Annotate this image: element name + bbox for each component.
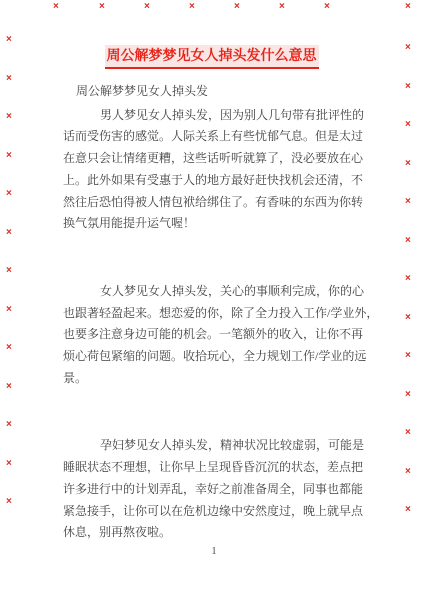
text-line: 烦心荷包紧缩的问题。收拾玩心，全力规划工作/学业的远 xyxy=(63,346,365,368)
watermark-x-icon: × xyxy=(6,343,12,353)
watermark-x-icon: × xyxy=(405,197,411,207)
watermark-x-icon: × xyxy=(6,305,12,315)
text-line: 孕妇梦见女人掉头发，精神状况比较虚弱，可能是 xyxy=(63,435,365,457)
watermark-x-icon: × xyxy=(405,236,411,246)
watermark-x-icon: × xyxy=(405,351,411,361)
watermark-x-icon: × xyxy=(6,112,12,122)
watermark-x-icon: × xyxy=(6,497,12,507)
watermark-x-icon: × xyxy=(405,313,411,323)
watermark-x-icon: × xyxy=(6,420,12,430)
watermark-x-icon: × xyxy=(144,2,150,12)
watermark-x-icon: × xyxy=(6,382,12,392)
text-line: 许多进行中的计划弄乱，幸好之前准备周全，同事也都能 xyxy=(63,479,365,501)
text-line: 也跟著轻盈起来。想恋爱的你，除了全力投入工作/学业外， xyxy=(63,303,365,325)
document-content: 周公解梦梦见女人掉头发 男人梦见女人掉头发，因为别人几句带有批评性的话而受伤害的… xyxy=(63,81,365,559)
paragraph: 男人梦见女人掉头发，因为别人几句带有批评性的话而受伤害的感觉。人际关系上有些忧郁… xyxy=(63,105,365,235)
watermark-x-icon: × xyxy=(6,459,12,469)
watermark-x-icon: × xyxy=(405,82,411,92)
watermark-x-icon: × xyxy=(99,2,105,12)
text-line: 男人梦见女人掉头发，因为别人几句带有批评性的 xyxy=(63,105,365,127)
text-line: 女人梦见女人掉头发，关心的事顺利完成，你的心 xyxy=(63,281,365,303)
document-page: ×××××××××××××××××××××××××××××××××× 周公解梦梦… xyxy=(0,0,423,600)
document-body: 男人梦见女人掉头发，因为别人几句带有批评性的话而受伤害的感觉。人际关系上有些忧郁… xyxy=(63,105,365,544)
watermark-x-icon: × xyxy=(405,120,411,130)
text-line: 换气氛用能提升运气喔！ xyxy=(63,213,365,235)
text-line: 景。 xyxy=(63,368,365,390)
title-row: 周公解梦梦见女人掉头发什么意思 xyxy=(0,0,423,69)
watermark-x-icon: × xyxy=(6,74,12,84)
page-number: 1 xyxy=(63,545,365,559)
watermark-x-icon: × xyxy=(6,228,12,238)
watermark-x-icon: × xyxy=(405,274,411,284)
section-heading: 周公解梦梦见女人掉头发 xyxy=(63,81,365,103)
watermark-x-icon: × xyxy=(189,2,195,12)
watermark-x-icon: × xyxy=(53,2,59,12)
text-line: 在意只会让情绪更糟，这些话听听就算了，没必要放在心 xyxy=(63,148,365,170)
paragraph: 孕妇梦见女人掉头发，精神状况比较虚弱，可能是睡眠状态不理想，让你早上呈现昏昏沉沉… xyxy=(63,435,365,544)
watermark-x-icon: × xyxy=(405,505,411,515)
text-line: 睡眠状态不理想，让你早上呈现昏昏沉沉的状态，差点把 xyxy=(63,457,365,479)
text-line: 话而受伤害的感觉。人际关系上有些忧郁气息。但是太过 xyxy=(63,126,365,148)
text-line: 休息，别再熬夜啦。 xyxy=(63,522,365,544)
watermark-x-icon: × xyxy=(279,2,285,12)
text-line: 紧急接手，让你可以在危机边缘中安然度过，晚上就早点 xyxy=(63,501,365,523)
page-title: 周公解梦梦见女人掉头发什么意思 xyxy=(105,45,319,69)
watermark-x-icon: × xyxy=(405,390,411,400)
watermark-x-icon: × xyxy=(234,2,240,12)
watermark-x-icon: × xyxy=(6,266,12,276)
watermark-x-icon: × xyxy=(6,35,12,45)
watermark-x-icon: × xyxy=(405,428,411,438)
text-line: 然往后恐怕得被人情包袱给绑住了。有香味的东西为你转 xyxy=(63,192,365,214)
watermark-x-icon: × xyxy=(405,467,411,477)
watermark-x-icon: × xyxy=(6,189,12,199)
watermark-x-icon: × xyxy=(405,159,411,169)
paragraph: 女人梦见女人掉头发，关心的事顺利完成，你的心也跟著轻盈起来。想恋爱的你，除了全力… xyxy=(63,281,365,390)
text-line: 上。此外如果有受惠于人的地方最好赶快找机会还清，不 xyxy=(63,170,365,192)
watermark-x-icon: × xyxy=(6,151,12,161)
watermark-x-icon: × xyxy=(324,2,330,12)
watermark-x-icon: × xyxy=(405,2,411,12)
text-line: 也要多注意身边可能的机会。一笔额外的收入，让你不再 xyxy=(63,324,365,346)
watermark-x-icon: × xyxy=(405,43,411,53)
